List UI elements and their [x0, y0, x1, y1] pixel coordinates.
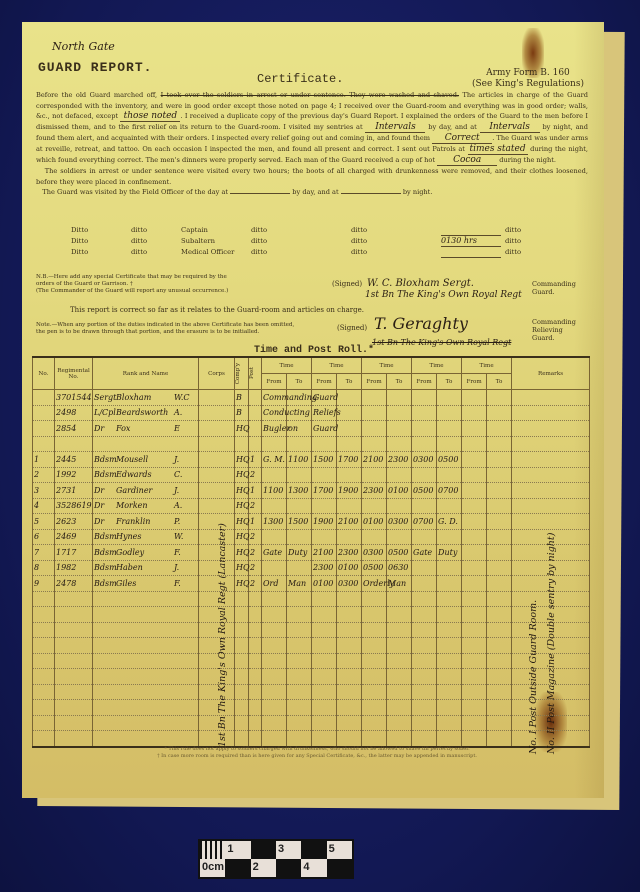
cell-t1f	[262, 715, 287, 731]
footnote-special-certificate: † In case more room is required than is …	[82, 753, 552, 760]
cell-t1t	[287, 715, 312, 731]
cell-t1f	[262, 731, 287, 747]
col-company-label: Comp'y	[235, 363, 241, 384]
fill-patrols: times stated	[468, 145, 528, 155]
cell-name: Edwards	[116, 470, 174, 479]
table-row: 43528619DrMorkenA.HQ2	[33, 498, 590, 514]
cell-t4f	[412, 607, 437, 623]
visit-row-subaltern: Ditto ditto Subaltern ditto ditto 0130 h…	[36, 236, 576, 248]
cell-t1t	[287, 684, 312, 700]
cell-rankname	[93, 638, 199, 654]
cell-t3t	[387, 715, 412, 731]
cell-t1t	[287, 669, 312, 685]
cell-no: 1	[33, 452, 55, 468]
cell-t4t: Duty	[437, 545, 462, 561]
scale-block	[225, 859, 250, 877]
cell-t2t	[337, 607, 362, 623]
cell-t5t	[487, 638, 512, 654]
cell-reg: 2445	[55, 452, 93, 468]
cell-t2t: 2100	[337, 514, 362, 530]
visit-ditto: Ditto	[36, 225, 131, 236]
cell-t2f	[312, 653, 337, 669]
cell-t2f	[312, 669, 337, 685]
cell-t2t: 0100	[337, 560, 362, 576]
col-to: To	[387, 374, 412, 390]
col-remarks: Remarks	[512, 357, 590, 390]
nb-special-certificate: N.B.—Here add any special Certificate th…	[36, 274, 236, 295]
cell-t1t: Man	[287, 576, 312, 592]
cell-t5f	[462, 700, 487, 716]
col-rank-name: Rank and Name	[93, 357, 199, 390]
cell-rankname	[93, 653, 199, 669]
table-row	[33, 436, 590, 452]
cell-t4t: G. D.	[437, 514, 462, 530]
cell-coy: HQ	[235, 560, 249, 576]
signature-commanding-guard: W. C. Bloxham Sergt.	[367, 278, 474, 289]
cell-t3f	[362, 731, 387, 747]
cell-t1t	[287, 607, 312, 623]
cell-t4f	[412, 421, 437, 437]
table-row-blank	[33, 607, 590, 623]
cell-t5f	[462, 653, 487, 669]
cell-t1f: G. M.	[262, 452, 287, 468]
cell-t5t	[487, 390, 512, 406]
roll-title: Time and Post Roll.*	[254, 345, 374, 356]
cell-reg	[55, 684, 93, 700]
cell-rankname	[93, 700, 199, 716]
cell-reg	[55, 638, 93, 654]
cell-post	[249, 715, 262, 731]
visit-ditto: ditto	[131, 247, 181, 258]
cell-coy: HQ	[235, 483, 249, 499]
cell-t4f: 0300	[412, 452, 437, 468]
cell-t5f	[462, 607, 487, 623]
cell-t1t	[287, 622, 312, 638]
cell-t3f	[362, 715, 387, 731]
cell-t1f	[262, 498, 287, 514]
cell-rank: Dr	[94, 517, 116, 526]
cell-t3f	[362, 436, 387, 452]
cell-rank: Bdsm	[94, 455, 116, 464]
cell-t1t: 1500	[287, 514, 312, 530]
cell-t2f: 2100	[312, 545, 337, 561]
cell-t5f	[462, 638, 487, 654]
cell-init: A.	[174, 408, 192, 417]
cell-t4f: Gate	[412, 545, 437, 561]
cell-t2f	[312, 529, 337, 545]
cell-no	[33, 390, 55, 406]
cell-t2t: 1900	[337, 483, 362, 499]
cell-t4t	[437, 638, 462, 654]
cell-reg: 1992	[55, 467, 93, 483]
cell-t1f	[262, 700, 287, 716]
cell-t1f: Gate	[262, 545, 287, 561]
table-row-blank	[33, 638, 590, 654]
cell-t2t	[337, 421, 362, 437]
cell-reg: 3701544	[55, 390, 93, 406]
cell-t2f	[312, 731, 337, 747]
table-row: 81982BdsmHabenJ.HQ22300010005000630	[33, 560, 590, 576]
cell-reg	[55, 653, 93, 669]
cell-t4f	[412, 715, 437, 731]
cell-coy	[235, 669, 249, 685]
table-row-blank	[33, 669, 590, 685]
cell-t1t	[287, 638, 312, 654]
cell-no: 8	[33, 560, 55, 576]
cell-no: 4	[33, 498, 55, 514]
cell-t4f	[412, 405, 437, 421]
cell-t2f	[312, 607, 337, 623]
cell-post	[249, 421, 262, 437]
cell-t1t	[287, 591, 312, 607]
cell-t3t	[387, 653, 412, 669]
cell-no	[33, 700, 55, 716]
cell-t2f: 0100	[312, 576, 337, 592]
cell-coy	[235, 607, 249, 623]
cell-t2t	[337, 684, 362, 700]
fill-field-officer-night	[341, 193, 401, 194]
cell-t1t	[287, 653, 312, 669]
cell-t3t	[387, 684, 412, 700]
cell-rank: Bdsm	[94, 548, 116, 557]
cell-rank: Bdsm	[94, 579, 116, 588]
cell-rank: Dr	[94, 424, 116, 433]
signed-label-2: (Signed)	[337, 324, 367, 332]
cell-t3t	[387, 421, 412, 437]
scale-block	[327, 859, 352, 877]
cell-t3f	[362, 405, 387, 421]
fill-by-day: Intervals	[365, 123, 425, 133]
cell-rank-name: L/CplBeardsworthA.	[93, 405, 199, 421]
cell-t4f	[412, 390, 437, 406]
visit-ditto: ditto	[501, 236, 521, 248]
scale-row-bottom: 0cm 2 4	[200, 859, 352, 877]
army-form-number: Army Form B. 160	[472, 68, 584, 79]
col-from: From	[312, 374, 337, 390]
cert-text: during the night.	[499, 156, 556, 164]
cell-post: 2	[249, 467, 262, 483]
cell-t5t	[487, 436, 512, 452]
cell-t5t	[487, 452, 512, 468]
cell-t2f: Guard	[312, 421, 337, 437]
cell-no: 3	[33, 483, 55, 499]
table-row-blank	[33, 700, 590, 716]
visit-ditto: ditto	[131, 236, 181, 248]
cell-t3t: 2300	[387, 452, 412, 468]
cell-t2f: Guard	[312, 390, 337, 406]
cell-t4t: 0500	[437, 452, 462, 468]
cell-t5f	[462, 576, 487, 592]
cell-t1f: Ord	[262, 576, 287, 592]
cell-post: 2	[249, 560, 262, 576]
cell-t1f: Conducting	[262, 405, 287, 421]
table-row-blank	[33, 653, 590, 669]
cell-t4t	[437, 390, 462, 406]
cell-rankname	[93, 715, 199, 731]
signature-unit-1: 1st Bn The King's Own Royal Regt	[365, 290, 522, 300]
correct-statement: This report is correct so far as it rela…	[70, 306, 364, 314]
cell-reg	[55, 607, 93, 623]
cell-t4f	[412, 498, 437, 514]
cell-t3t	[387, 467, 412, 483]
cell-coy	[235, 731, 249, 747]
cell-t5f	[462, 421, 487, 437]
col-no: No.	[33, 357, 55, 390]
cell-init: W.	[174, 532, 192, 541]
visit-ditto: ditto	[351, 247, 441, 258]
cell-rank-name: DrGardinerJ.	[93, 483, 199, 499]
cert-text-visits: The Guard was visited by the Field Offic…	[42, 188, 228, 196]
cell-t5t	[487, 684, 512, 700]
cell-t2t	[337, 700, 362, 716]
cell-rankname	[93, 607, 199, 623]
cell-no	[33, 653, 55, 669]
cell-t1t	[287, 529, 312, 545]
cell-reg: 2498	[55, 405, 93, 421]
cell-coy	[235, 622, 249, 638]
cell-t2t: 0300	[337, 576, 362, 592]
cell-reg: 2469	[55, 529, 93, 545]
cell-post: 2	[249, 576, 262, 592]
table-row: 2854DrFoxEHQBugleronGuard	[33, 421, 590, 437]
cell-t4t	[437, 560, 462, 576]
cell-rankname	[93, 591, 199, 607]
cell-reg: 2478	[55, 576, 93, 592]
cell-t5t	[487, 498, 512, 514]
cell-init: P.	[174, 517, 192, 526]
cell-t4f	[412, 684, 437, 700]
cell-t3t	[387, 622, 412, 638]
cell-t5f	[462, 560, 487, 576]
visit-night-fill	[441, 247, 501, 258]
cell-no	[33, 684, 55, 700]
cert-text: Before the old Guard marched off,	[36, 91, 161, 99]
cell-coy	[235, 653, 249, 669]
cell-t5f	[462, 405, 487, 421]
cell-t1f	[262, 560, 287, 576]
visit-officer: Subaltern	[181, 236, 251, 248]
cell-t5f	[462, 467, 487, 483]
cell-t5f	[462, 545, 487, 561]
table-row-blank	[33, 684, 590, 700]
col-time-3: Time	[362, 357, 412, 374]
cell-t3t: 0300	[387, 514, 412, 530]
cell-t3f	[362, 467, 387, 483]
cell-name: Giles	[116, 579, 174, 588]
cell-t1t	[287, 467, 312, 483]
cell-rank-name: BdsmGodleyF.	[93, 545, 199, 561]
cell-t3f	[362, 498, 387, 514]
document-title: GUARD REPORT.	[38, 60, 152, 75]
cell-post	[249, 622, 262, 638]
col-to: To	[287, 374, 312, 390]
cell-t5t	[487, 545, 512, 561]
cell-name: Beardsworth	[116, 408, 174, 417]
col-from: From	[362, 374, 387, 390]
cell-name: Godley	[116, 548, 174, 557]
cell-coy: HQ	[235, 467, 249, 483]
cell-t2t	[337, 731, 362, 747]
cell-t5t	[487, 653, 512, 669]
cell-t5t	[487, 560, 512, 576]
col-from: From	[412, 374, 437, 390]
cell-t3f	[362, 607, 387, 623]
cell-name: Haben	[116, 563, 174, 572]
table-row: 52623DrFranklinP.HQ113001500190021000100…	[33, 514, 590, 530]
cell-t3t	[387, 669, 412, 685]
scale-mm-ticks	[200, 841, 225, 859]
cell-rank-name: BdsmHabenJ.	[93, 560, 199, 576]
cell-rank-name: DrMorkenA.	[93, 498, 199, 514]
cell-post: 2	[249, 545, 262, 561]
cell-t3f	[362, 390, 387, 406]
cell-t5t	[487, 669, 512, 685]
visit-ditto: ditto	[351, 236, 441, 248]
fill-except: those noted	[120, 112, 180, 122]
cell-t4t	[437, 498, 462, 514]
cell-t3f	[362, 653, 387, 669]
cell-no: 6	[33, 529, 55, 545]
cell-t3f: 2300	[362, 483, 387, 499]
cell-reg: 1982	[55, 560, 93, 576]
cell-post	[249, 653, 262, 669]
cell-t4f	[412, 669, 437, 685]
cell-reg: 2731	[55, 483, 93, 499]
visit-ditto: Ditto	[36, 247, 131, 258]
signature-relieving-guard: T. Geraghty	[374, 314, 468, 333]
table-row-blank	[33, 591, 590, 607]
cell-no	[33, 622, 55, 638]
cell-t3t	[387, 529, 412, 545]
certificate-paragraph: Before the old Guard marched off, I took…	[36, 90, 588, 198]
cell-post	[249, 591, 262, 607]
col-to: To	[487, 374, 512, 390]
table-header-row: No. Regimental No. Rank and Name Corps C…	[33, 357, 590, 374]
cell-no: 5	[33, 514, 55, 530]
cell-rank: L/Cpl	[94, 408, 116, 417]
scale-label: 3	[276, 841, 301, 859]
cell-t3f	[362, 529, 387, 545]
cell-t1t: 1100	[287, 452, 312, 468]
col-from: From	[462, 374, 487, 390]
cell-t1f: 1300	[262, 514, 287, 530]
cell-t1f	[262, 467, 287, 483]
scale-label: 4	[301, 859, 326, 877]
cell-post	[249, 390, 262, 406]
cell-post: 2	[249, 529, 262, 545]
cell-t4f: 0500	[412, 483, 437, 499]
scale-bar: 1 3 5 0cm 2 4	[198, 839, 354, 879]
table-body: 3701544SergtBloxhamW.CBCommandingGuard24…	[33, 390, 590, 747]
visit-ditto: ditto	[251, 247, 351, 258]
cell-name: Mousell	[116, 455, 174, 464]
cell-t2t	[337, 715, 362, 731]
cell-init: E	[174, 424, 192, 433]
cell-reg	[55, 436, 93, 452]
cell-no	[33, 607, 55, 623]
col-to: To	[337, 374, 362, 390]
cell-t3f	[362, 700, 387, 716]
cell-post	[249, 684, 262, 700]
cell-reg: 3528619	[55, 498, 93, 514]
cell-t5f	[462, 514, 487, 530]
cell-init: F.	[174, 579, 192, 588]
cell-t2t: 1700	[337, 452, 362, 468]
cell-coy	[235, 436, 249, 452]
cell-t4t	[437, 576, 462, 592]
cell-t5t	[487, 591, 512, 607]
cell-coy: HQ	[235, 529, 249, 545]
cell-t3f: Orderly	[362, 576, 387, 592]
cell-t5t	[487, 700, 512, 716]
cell-reg	[55, 715, 93, 731]
cell-t1t: Duty	[287, 545, 312, 561]
cell-t3f: 0300	[362, 545, 387, 561]
cell-t2f: Reliefs	[312, 405, 337, 421]
scale-label: 0cm	[200, 859, 225, 877]
cell-rank: Bdsm	[94, 532, 116, 541]
cell-name: Franklin	[116, 517, 174, 526]
cell-t5f	[462, 390, 487, 406]
cell-init: F.	[174, 548, 192, 557]
cell-name: Gardiner	[116, 486, 174, 495]
signature-unit-2: 1st Bn The King's Own Royal Regt	[372, 338, 511, 347]
cell-t4f	[412, 576, 437, 592]
cell-reg	[55, 622, 93, 638]
visit-officer: Medical Officer	[181, 247, 251, 258]
scale-block	[301, 841, 326, 859]
visit-ditto: ditto	[251, 236, 351, 248]
cell-coy	[235, 591, 249, 607]
cell-name: Morken	[116, 501, 174, 510]
table-row-blank	[33, 731, 590, 747]
col-to: To	[437, 374, 462, 390]
cell-t5t	[487, 405, 512, 421]
cell-t4f	[412, 731, 437, 747]
cell-rankname	[93, 684, 199, 700]
time-and-post-roll-table: No. Regimental No. Rank and Name Corps C…	[32, 356, 590, 748]
cell-init: J.	[174, 455, 192, 464]
cell-coy: HQ	[235, 452, 249, 468]
cell-t2t	[337, 669, 362, 685]
cell-t5f	[462, 684, 487, 700]
signed-label-1: (Signed)	[332, 280, 362, 288]
cell-post	[249, 669, 262, 685]
cell-t3f: 2100	[362, 452, 387, 468]
table-row: 12445BdsmMousellJ.HQ1G. M.11001500170021…	[33, 452, 590, 468]
cell-t1t: 1300	[287, 483, 312, 499]
fill-field-officer-day	[230, 193, 290, 194]
cell-t2f	[312, 622, 337, 638]
visit-row-medical: Ditto ditto Medical Officer ditto ditto …	[36, 247, 576, 258]
cell-t1t	[287, 731, 312, 747]
certificate-heading: Certificate.	[257, 72, 343, 86]
cell-t4t	[437, 405, 462, 421]
col-time-2: Time	[312, 357, 362, 374]
cell-t5f	[462, 483, 487, 499]
visit-officer: Captain	[181, 225, 251, 236]
cell-t5t	[487, 483, 512, 499]
cell-t2t	[337, 436, 362, 452]
cell-t5t	[487, 576, 512, 592]
table-row: 3701544SergtBloxhamW.CBCommandingGuard	[33, 390, 590, 406]
cell-init: C.	[174, 470, 192, 479]
cell-reg: 1717	[55, 545, 93, 561]
cell-t4f	[412, 638, 437, 654]
cell-init: J.	[174, 563, 192, 572]
cell-t3t	[387, 607, 412, 623]
cell-t2t	[337, 653, 362, 669]
